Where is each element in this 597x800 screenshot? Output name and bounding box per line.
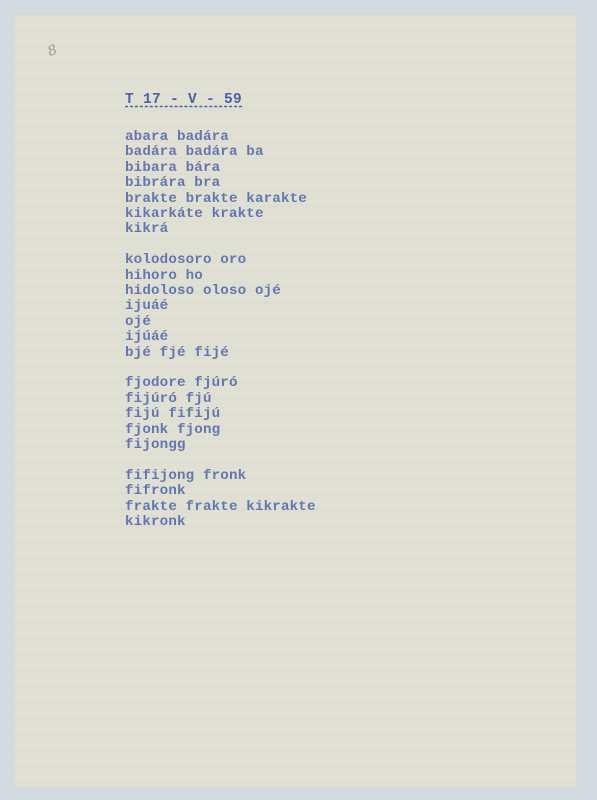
poem-line: fifijong fronk [125, 469, 316, 484]
poem-line: fifronk [125, 484, 316, 499]
poem-line: kikrá [125, 222, 316, 237]
poem-line: bibara bára [125, 161, 316, 176]
poem-line: ijúáé [125, 330, 316, 345]
pencil-page-number: 8 [46, 42, 60, 60]
poem-line: fjonk fjong [125, 423, 316, 438]
poem-line: fijú fifijú [125, 407, 316, 422]
poem-line: fijongg [125, 438, 316, 453]
document-title: T 17 - V - 59 [125, 92, 242, 108]
poem-line: abara badára [125, 130, 316, 145]
poem-line: bibrára bra [125, 176, 316, 191]
poem-line: fjodore fjúró [125, 376, 316, 391]
poem-line: bjé fjé fijé [125, 346, 316, 361]
poem-line: kikarkáte krakte [125, 207, 316, 222]
poem-line: hihoro ho [125, 269, 316, 284]
poem-line: frakte frakte kikrakte [125, 500, 316, 515]
poem-line: ijuáé [125, 299, 316, 314]
poem-line: kolodosoro oro [125, 253, 316, 268]
stanza-2: kolodosoro oro hihoro ho hidoloso oloso … [125, 253, 316, 361]
poem-body: abara badára badára badára ba bibara bár… [125, 130, 316, 546]
poem-line: kikronk [125, 515, 316, 530]
stanza-4: fifijong fronk fifronk frakte frakte kik… [125, 469, 316, 531]
stanza-3: fjodore fjúró fijúró fjú fijú fifijú fjo… [125, 376, 316, 453]
poem-line: badára badára ba [125, 145, 316, 160]
poem-line: brakte brakte karakte [125, 192, 316, 207]
poem-line: fijúró fjú [125, 392, 316, 407]
stanza-1: abara badára badára badára ba bibara bár… [125, 130, 316, 238]
poem-line: hidoloso oloso ojé [125, 284, 316, 299]
poem-line: ojé [125, 315, 316, 330]
